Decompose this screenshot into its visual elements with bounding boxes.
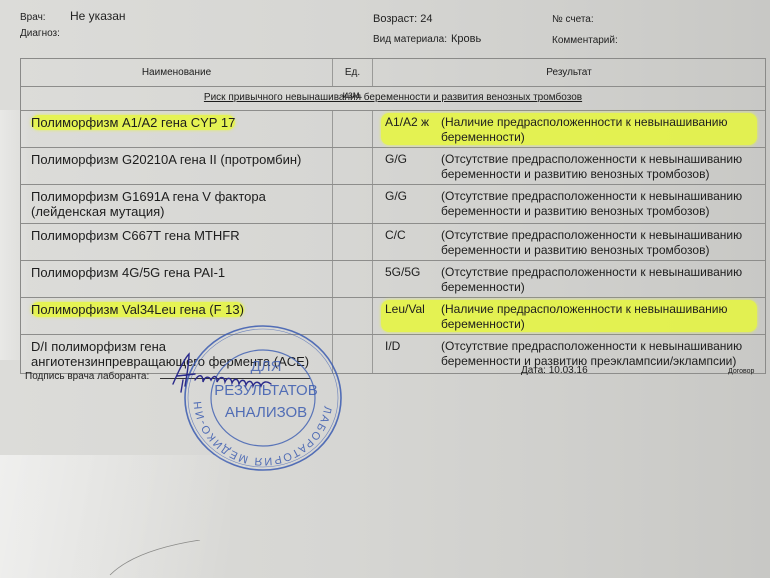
test-name-text: Полиморфизм Val34Leu гена (F 13) (31, 302, 244, 317)
contract-label: Договор (728, 368, 754, 375)
result-cell: A1/A2 ж(Наличие предрасположенности к не… (373, 111, 765, 147)
table-row: D/I полиморфизм гена ангиотензинпревраща… (21, 335, 765, 374)
age-field: Возраст: 24 (373, 13, 433, 25)
interpretation: (Отсутствие предрасположенности к невына… (441, 150, 753, 182)
test-name-text: Полиморфизм 4G/5G гена PAI-1 (31, 265, 225, 280)
table-row: Полиморфизм G1691A гена V фактора (лейде… (21, 185, 765, 224)
column-header-name: Наименование (21, 59, 333, 86)
material-value: Кровь (451, 33, 481, 45)
table-row: Полиморфизм Val34Leu гена (F 13)Leu/Val(… (21, 298, 765, 335)
unit-cell (333, 111, 373, 147)
genotype: A1/A2 ж (385, 113, 441, 145)
diagnosis-label: Диагноз: (20, 28, 60, 39)
result-cell: 5G/5G(Отсутствие предрасположенности к н… (373, 261, 765, 297)
date-label: Дата: (521, 365, 546, 376)
unit-cell (333, 261, 373, 297)
test-name-text: Полиморфизм A1/A2 гена CYP 17 (31, 115, 235, 130)
interpretation: (Наличие предрасположенности к невынашив… (441, 300, 753, 332)
interpretation: (Отсутствие предрасположенности к невына… (441, 337, 753, 371)
section-title: Риск привычного невынашивания беременнос… (21, 87, 765, 111)
doctor-signature (165, 350, 295, 395)
account-label: № счета: (552, 14, 594, 25)
test-name-text: Полиморфизм G1691A гена V фактора (лейде… (31, 189, 266, 219)
genotype: C/C (385, 226, 441, 258)
table-row: Полиморфизм G20210A гена II (протромбин)… (21, 148, 765, 185)
genotype: 5G/5G (385, 263, 441, 295)
column-header-unit: Ед. изм. (333, 59, 373, 86)
interpretation: (Отсутствие предрасположенности к невына… (441, 226, 753, 258)
stamp-center-line3: АНАЛИЗОВ (225, 404, 307, 421)
result-cell: G/G(Отсутствие предрасположенности к нев… (373, 185, 765, 223)
results-table: Наименование Ед. изм. Результат Риск при… (20, 58, 766, 374)
table-row: Полиморфизм 4G/5G гена PAI-15G/5G(Отсутс… (21, 261, 765, 298)
lab-report-page: Врач: Не указан Диагноз: Возраст: 24 Вид… (0, 0, 770, 578)
unit-cell (333, 224, 373, 260)
signature-label: Подпись врача лаборанта: (25, 371, 149, 382)
test-name-text: Полиморфизм G20210A гена II (протромбин) (31, 152, 301, 167)
table-row: Полиморфизм C667T гена MTHFRC/C(Отсутств… (21, 224, 765, 261)
test-name: Полиморфизм G20210A гена II (протромбин) (21, 148, 333, 184)
result-cell: C/C(Отсутствие предрасположенности к нев… (373, 224, 765, 260)
material-label: Вид материала: (373, 34, 447, 45)
paper-crease (105, 540, 205, 578)
genotype: G/G (385, 187, 441, 221)
doctor-label: Врач: (20, 12, 46, 23)
age-label: Возраст: (373, 13, 417, 25)
laboratory-stamp: ЛАБОРАТОРИЯ МЕДИКО-ИНЖЕНЕРНЫХ СИСТЕМ «ЛА… (178, 323, 348, 473)
result-cell: G/G(Отсутствие предрасположенности к нев… (373, 148, 765, 184)
interpretation: (Наличие предрасположенности к невынашив… (441, 113, 753, 145)
test-name: Полиморфизм A1/A2 гена CYP 17 (21, 111, 333, 147)
test-name: Полиморфизм C667T гена MTHFR (21, 224, 333, 260)
date-field: Дата: 10.03.16 (521, 365, 588, 376)
genotype: G/G (385, 150, 441, 182)
interpretation: (Отсутствие предрасположенности к невына… (441, 187, 753, 221)
test-name: Полиморфизм 4G/5G гена PAI-1 (21, 261, 333, 297)
interpretation: (Отсутствие предрасположенности к невына… (441, 263, 753, 295)
genotype: I/D (385, 337, 441, 371)
column-header-result: Результат (373, 59, 765, 86)
doctor-value: Не указан (70, 9, 126, 23)
table-body: Полиморфизм A1/A2 гена CYP 17A1/A2 ж(Нал… (21, 111, 765, 374)
result-cell: Leu/Val(Наличие предрасположенности к не… (373, 298, 765, 334)
unit-cell (333, 148, 373, 184)
table-header-row: Наименование Ед. изм. Результат (21, 59, 765, 87)
date-value: 10.03.16 (549, 365, 588, 376)
comment-label: Комментарий: (552, 35, 618, 46)
genotype: Leu/Val (385, 300, 441, 332)
unit-cell (333, 185, 373, 223)
test-name-text: Полиморфизм C667T гена MTHFR (31, 228, 240, 243)
test-name: Полиморфизм G1691A гена V фактора (лейде… (21, 185, 333, 223)
table-row: Полиморфизм A1/A2 гена CYP 17A1/A2 ж(Нал… (21, 111, 765, 148)
age-value: 24 (420, 13, 432, 25)
